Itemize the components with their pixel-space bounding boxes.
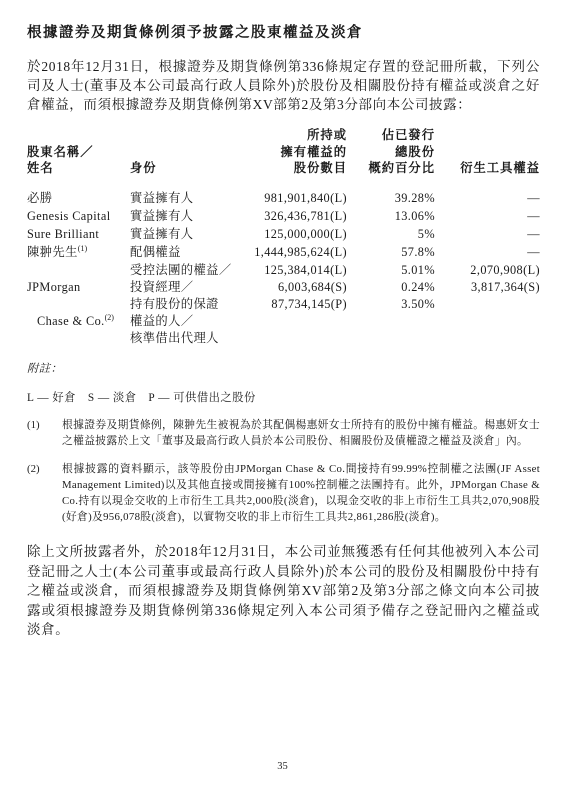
note-number: (2) bbox=[27, 461, 62, 525]
table-row: JPMorgan Chase & Co.(2) 受控法團的權益／ 投資經理／ 持… bbox=[27, 261, 540, 347]
cell-capacity: 配偶權益 bbox=[130, 243, 233, 261]
note-text: 根據披露的資料顯示，該等股份由JPMorgan Chase & Co.間接持有9… bbox=[62, 461, 540, 525]
cell-shares: 981,901,840(L) bbox=[233, 177, 347, 208]
intro-paragraph: 於2018年12月31日，根據證券及期貨條例第336條規定存置的登記冊所載，下列… bbox=[27, 57, 540, 114]
cell-capacity: 實益擁有人 bbox=[130, 225, 233, 243]
shareholders-table: 股東名稱／ 姓名 身份 所持或 擁有權益的 股份數目 佔已發行 總股份 概約百分… bbox=[27, 127, 540, 347]
cell-percentage: 39.28% bbox=[347, 177, 435, 208]
cell-percentage: 5.01% 0.24% 3.50% bbox=[347, 261, 435, 347]
shareholder-name-line2: Chase & Co.(2) bbox=[27, 313, 130, 330]
cell-derivatives: — bbox=[435, 225, 540, 243]
shareholder-name: Sure Brilliant bbox=[27, 227, 99, 241]
footnote-ref: (1) bbox=[78, 243, 87, 252]
notes-legend: L — 好倉 S — 淡倉 P — 可供借出之股份 bbox=[27, 389, 540, 405]
note-number: (1) bbox=[27, 417, 62, 449]
cell-derivatives: 2,070,908(L) 3,817,364(S) bbox=[435, 261, 540, 347]
cell-percentage: 5% bbox=[347, 225, 435, 243]
cell-shareholder-name: 必勝 bbox=[27, 177, 130, 208]
page-title: 根據證券及期貨條例須予披露之股東權益及淡倉 bbox=[27, 24, 540, 42]
cell-shareholder-name: 陳翀先生(1) bbox=[27, 243, 130, 261]
cell-capacity: 受控法團的權益／ 投資經理／ 持有股份的保證 權益的人／ 核準借出代理人 bbox=[130, 261, 233, 347]
col-header-shareholder-name: 股東名稱／ 姓名 bbox=[27, 127, 130, 177]
table-row: Genesis Capital 實益擁有人 326,436,781(L) 13.… bbox=[27, 207, 540, 225]
cell-derivatives: — bbox=[435, 243, 540, 261]
page-content: 根據證券及期貨條例須予披露之股東權益及淡倉 於2018年12月31日，根據證券及… bbox=[0, 0, 565, 640]
shareholder-name: 必勝 bbox=[27, 191, 52, 205]
table-row: Sure Brilliant 實益擁有人 125,000,000(L) 5% — bbox=[27, 225, 540, 243]
shareholder-name: JPMorgan bbox=[27, 279, 130, 296]
cell-shares: 125,000,000(L) bbox=[233, 225, 347, 243]
table-header-row: 股東名稱／ 姓名 身份 所持或 擁有權益的 股份數目 佔已發行 總股份 概約百分… bbox=[27, 127, 540, 177]
shareholder-name: Genesis Capital bbox=[27, 209, 111, 223]
cell-shares: 125,384,014(L) 6,003,684(S) 87,734,145(P… bbox=[233, 261, 347, 347]
cell-percentage: 13.06% bbox=[347, 207, 435, 225]
note-item: (1) 根據證券及期貨條例，陳翀先生被視為於其配偶楊惠妍女士所持有的股份中擁有權… bbox=[27, 417, 540, 449]
note-item: (2) 根據披露的資料顯示，該等股份由JPMorgan Chase & Co.間… bbox=[27, 461, 540, 525]
cell-capacity: 實益擁有人 bbox=[130, 177, 233, 208]
col-header-percentage: 佔已發行 總股份 概約百分比 bbox=[347, 127, 435, 177]
table-row: 陳翀先生(1) 配偶權益 1,444,985,624(L) 57.8% — bbox=[27, 243, 540, 261]
cell-shareholder-name: Sure Brilliant bbox=[27, 225, 130, 243]
cell-shares: 1,444,985,624(L) bbox=[233, 243, 347, 261]
table-row: 必勝 實益擁有人 981,901,840(L) 39.28% — bbox=[27, 177, 540, 208]
cell-percentage: 57.8% bbox=[347, 243, 435, 261]
cell-shareholder-name: Genesis Capital bbox=[27, 207, 130, 225]
page-number: 35 bbox=[0, 761, 565, 772]
cell-capacity: 實益擁有人 bbox=[130, 207, 233, 225]
cell-derivatives: — bbox=[435, 207, 540, 225]
cell-shares: 326,436,781(L) bbox=[233, 207, 347, 225]
closing-paragraph: 除上文所披露者外，於2018年12月31日，本公司並無獲悉有任何其他被列入本公司… bbox=[27, 542, 540, 640]
cell-derivatives: — bbox=[435, 177, 540, 208]
document-page: 根據證券及期貨條例須予披露之股東權益及淡倉 於2018年12月31日，根據證券及… bbox=[0, 0, 565, 800]
notes-section: 附註： L — 好倉 S — 淡倉 P — 可供借出之股份 (1) 根據證券及期… bbox=[27, 360, 540, 525]
notes-label: 附註： bbox=[27, 360, 540, 376]
shareholder-name: 陳翀先生 bbox=[27, 245, 78, 259]
col-header-shares: 所持或 擁有權益的 股份數目 bbox=[233, 127, 347, 177]
footnote-ref: (2) bbox=[105, 312, 114, 321]
note-text: 根據證券及期貨條例，陳翀先生被視為於其配偶楊惠妍女士所持有的股份中擁有權益。楊惠… bbox=[62, 417, 540, 449]
cell-shareholder-name: JPMorgan Chase & Co.(2) bbox=[27, 261, 130, 347]
col-header-derivatives: 衍生工具權益 bbox=[435, 127, 540, 177]
col-header-capacity: 身份 bbox=[130, 127, 233, 177]
